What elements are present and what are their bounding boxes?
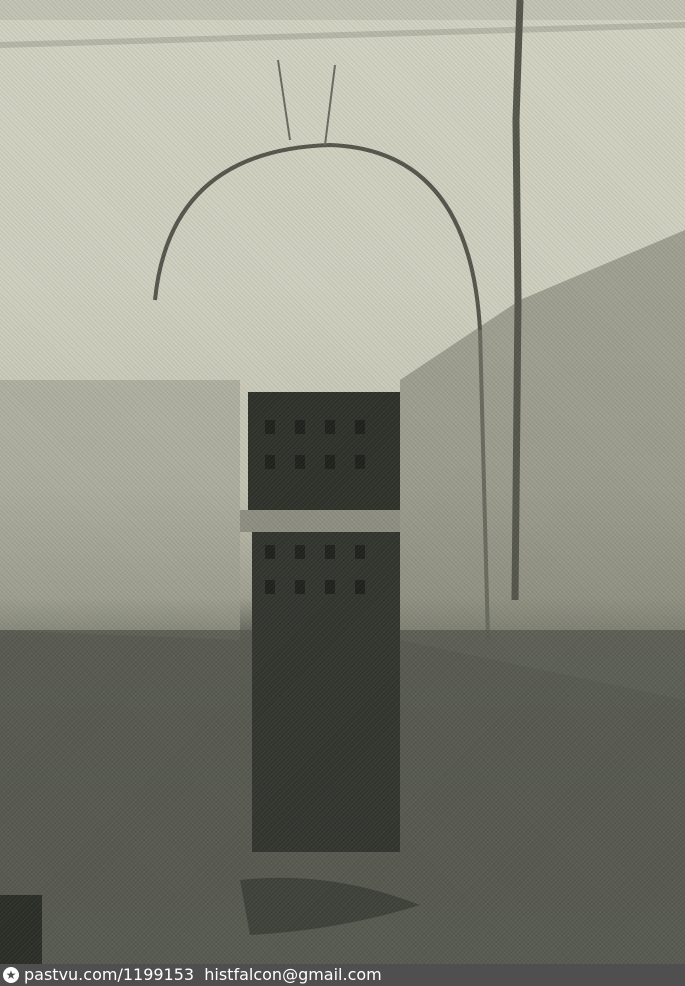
watermark-text: pastvu.com/1199153 histfalcon@gmail.com xyxy=(24,964,382,986)
foreground-object xyxy=(0,895,42,964)
photo-scene xyxy=(0,0,685,964)
historical-photo xyxy=(0,0,685,964)
arch-outline xyxy=(155,145,480,330)
vertical-pipe xyxy=(515,0,520,600)
building-band xyxy=(240,510,400,532)
right-wall-shadow xyxy=(400,230,685,700)
watermark-bar: ★ pastvu.com/1199153 histfalcon@gmail.co… xyxy=(0,964,685,986)
star-circle-icon: ★ xyxy=(3,967,19,983)
building-upper xyxy=(248,392,400,512)
